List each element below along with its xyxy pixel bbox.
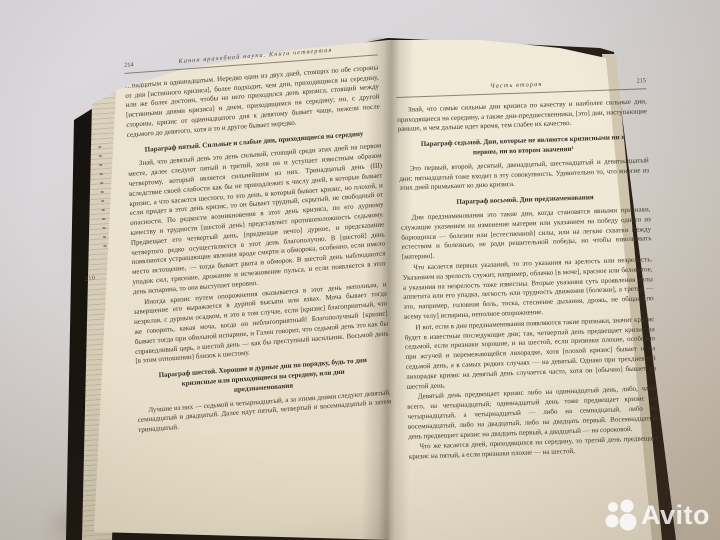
avito-wordmark: Avito [641, 500, 710, 531]
paragraph: …надцатым и одиннадцатым. Нередко один и… [125, 63, 381, 140]
photo-of-open-book: 210 214 Канон врачебной науки. Книга чет… [0, 0, 720, 540]
right-page-number: 215 [636, 77, 646, 86]
paragraph: Дни предзнаменования это такие дни, когд… [400, 205, 652, 263]
section-heading: Параграф седьмой. Дни, которые не являют… [413, 133, 634, 160]
paragraph: Это первый, второй, десятый, двенадцатый… [399, 156, 650, 194]
avito-watermark: Avito [603, 498, 710, 532]
right-page-body: Знай, что самые сильные дни кризиса по к… [397, 97, 659, 463]
paragraph: Знай, что самые сильные дни кризиса по к… [397, 97, 648, 135]
left-page-body: …надцатым и одиннадцатым. Нередко один и… [125, 63, 392, 436]
right-page-text: Часть вторая 215 Знай, что самые сильные… [396, 77, 659, 463]
paragraph: Что касается первых указаний, то это ука… [402, 255, 654, 322]
underpage-page-number: 210 [85, 275, 96, 282]
paragraph: И вот, если в дни предзнаменования появл… [404, 315, 656, 392]
paragraph: Знай, что девятый день это день сильный,… [128, 142, 387, 298]
left-page-text: 214 Канон врачебной науки. Книга четверт… [124, 43, 392, 436]
paragraph: Девятый день предвещает кризис либо на о… [407, 384, 659, 442]
left-page-number: 214 [124, 61, 134, 71]
avito-logo-icon [603, 498, 637, 532]
